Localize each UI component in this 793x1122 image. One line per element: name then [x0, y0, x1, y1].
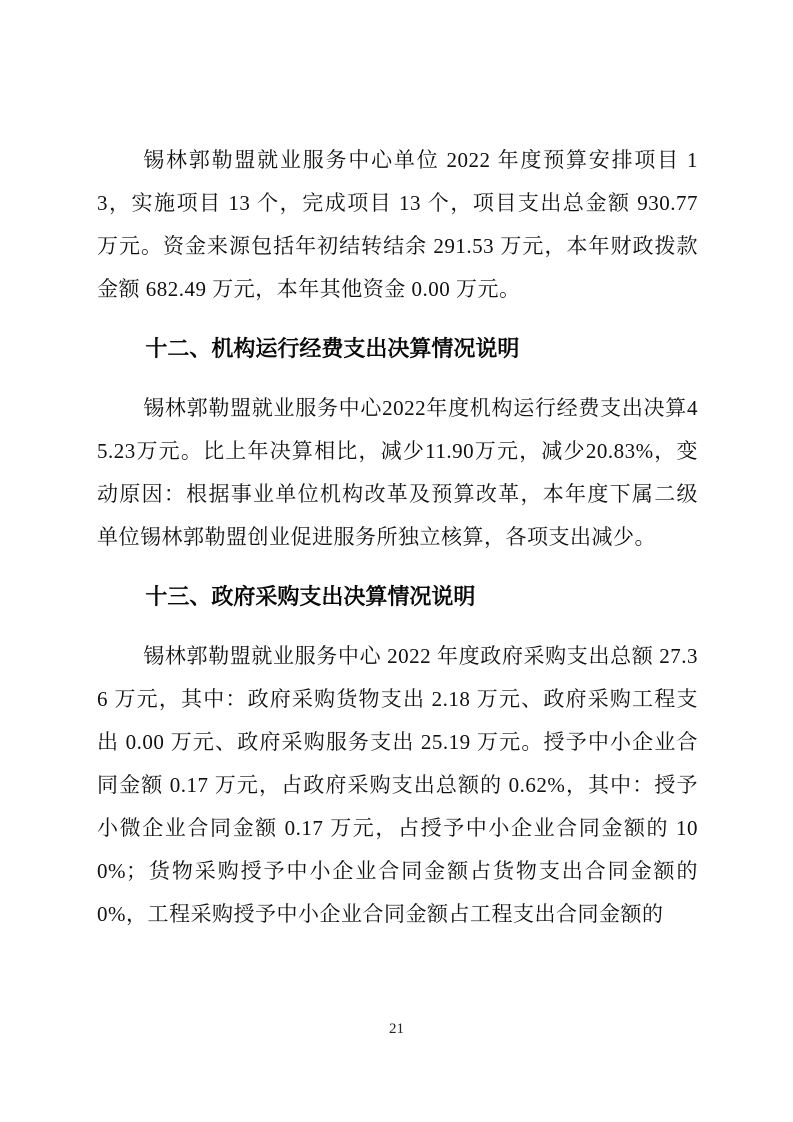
document-body: 锡林郭勒盟就业服务中心单位 2022 年度预算安排项目 13，实施项目 13 个…	[97, 139, 698, 936]
paragraph-gov-procurement-detail: 锡林郭勒盟就业服务中心 2022 年度政府采购支出总额 27.36 万元，其中：…	[97, 635, 698, 936]
document-page: 锡林郭勒盟就业服务中心单位 2022 年度预算安排项目 13，实施项目 13 个…	[0, 0, 793, 1122]
paragraph-operating-expense-detail: 锡林郭勒盟就业服务中心2022年度机构运行经费支出决算45.23万元。比上年决算…	[97, 387, 698, 559]
page-number: 21	[0, 1018, 793, 1040]
heading-section-13-gov-procurement: 十三、政府采购支出决算情况说明	[97, 575, 698, 618]
paragraph-project-budget-summary: 锡林郭勒盟就业服务中心单位 2022 年度预算安排项目 13，实施项目 13 个…	[97, 139, 698, 311]
heading-section-12-operating-expense: 十二、机构运行经费支出决算情况说明	[97, 327, 698, 370]
